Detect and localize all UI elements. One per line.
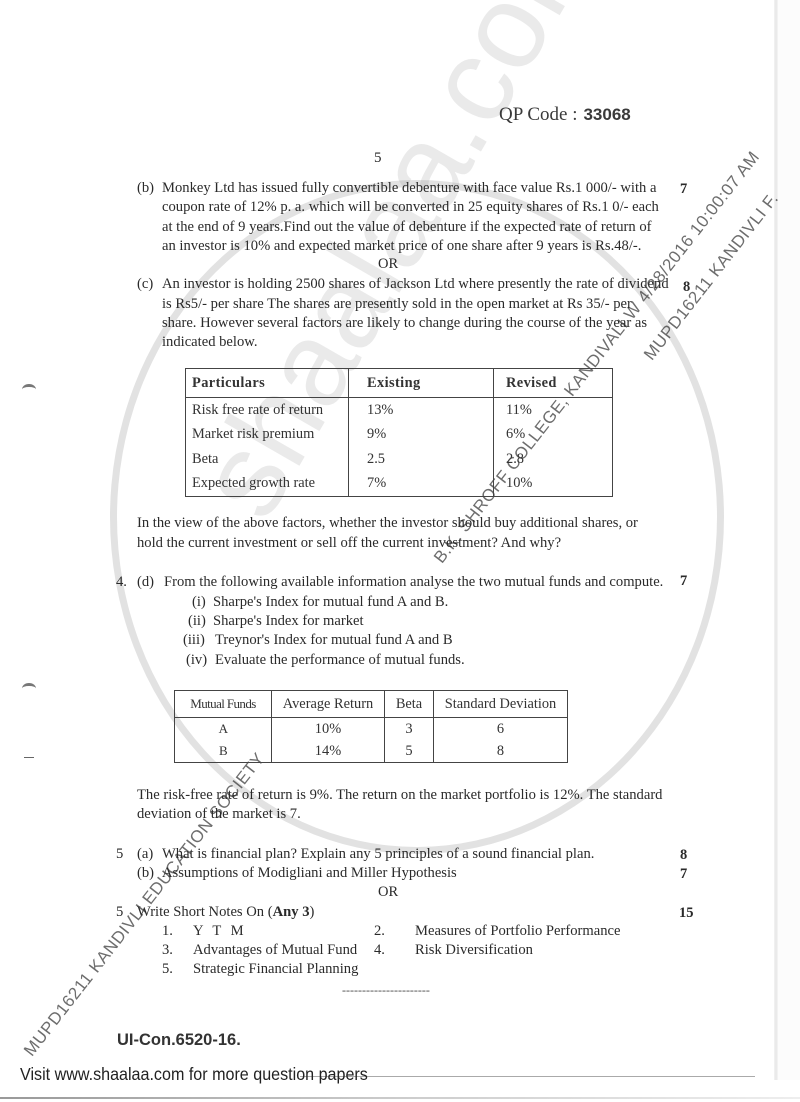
- table-cell: 5: [385, 740, 434, 763]
- table-header-cell: Particulars: [186, 369, 349, 398]
- scan-edge: [778, 0, 800, 1080]
- q4d-item-text: Sharpe's Index for market: [213, 612, 364, 632]
- table-cell: 10%: [494, 472, 613, 497]
- q3c-line-2: is Rs5/- per share The shares are presen…: [162, 295, 632, 315]
- note-text: Strategic Financial Planning: [193, 960, 358, 980]
- q3b-line-2: coupon rate of 12% p. a. which will be c…: [162, 198, 659, 218]
- q4d-note-1: The risk-free rate of return is 9%. The …: [137, 786, 662, 806]
- note-text: Y T M: [193, 922, 247, 942]
- q5a-marks: 8: [680, 847, 687, 864]
- table-header-cell: Average Return: [272, 691, 385, 718]
- note-text: Risk Diversification: [415, 941, 533, 961]
- table-row: B 14% 5 8: [175, 740, 568, 763]
- q4d-item-num: (iii): [183, 631, 205, 651]
- table-header-cell: Standard Deviation: [434, 691, 568, 718]
- q5b-text: Assumptions of Modigliani and Miller Hyp…: [162, 864, 457, 884]
- qp-code: QP Code :33068: [499, 104, 631, 126]
- or-divider: OR: [378, 256, 398, 273]
- q4d-item-text: Evaluate the performance of mutual funds…: [215, 651, 465, 671]
- q3b-line-4: an investor is 10% and expected market p…: [162, 237, 641, 257]
- q4d-marks: 7: [680, 573, 687, 590]
- q5b-marks: 7: [680, 866, 687, 883]
- q4d-item-text: Treynor's Index for mutual fund A and B: [215, 631, 453, 651]
- table-cell: Market risk premium: [186, 423, 349, 448]
- table-row: Market risk premium 9% 6%: [186, 423, 613, 448]
- footer-rule: [300, 1076, 755, 1077]
- mutual-funds-table: Mutual Funds Average Return Beta Standar…: [174, 690, 568, 763]
- scan-edge-shadow: [774, 0, 778, 1080]
- q5b-label: (b): [137, 864, 154, 884]
- q4-number: 4.: [116, 573, 127, 593]
- table-row: Beta 2.5 2.8: [186, 447, 613, 472]
- q4d-item-text: Sharpe's Index for mutual fund A and B.: [213, 593, 448, 613]
- q3b-line-3: at the end of 9 years.Find out the value…: [162, 218, 652, 238]
- table-cell: 6: [434, 718, 568, 741]
- table-cell: B: [175, 740, 272, 763]
- q3b-line-1: Monkey Ltd has issued fully convertible …: [162, 179, 656, 199]
- table-cell: 9%: [349, 423, 494, 448]
- q4d-intro: From the following available information…: [164, 573, 663, 593]
- table-cell: 14%: [272, 740, 385, 763]
- visit-link[interactable]: Visit www.shaalaa.com for more question …: [20, 1064, 368, 1085]
- q4d-item-num: (i): [192, 593, 206, 613]
- q3b-label: (b): [137, 179, 154, 199]
- heading-prefix: Write Short Notes On (: [137, 904, 273, 920]
- table-header-cell: Mutual Funds: [175, 691, 272, 718]
- table-cell: 11%: [494, 398, 613, 423]
- note-num: 1.: [162, 922, 173, 942]
- note-text: Measures of Portfolio Performance: [415, 922, 620, 942]
- table-row: A 10% 3 6: [175, 718, 568, 741]
- or-divider: OR: [378, 884, 398, 901]
- table-cell: 10%: [272, 718, 385, 741]
- q3c-line-3: share. However several factors are likel…: [162, 314, 647, 334]
- q5-number: 5: [116, 845, 123, 865]
- margin-mark: [24, 757, 34, 758]
- q5-alt-marks: 15: [679, 905, 694, 922]
- table-cell: 13%: [349, 398, 494, 423]
- table-header-cell: Beta: [385, 691, 434, 718]
- factors-table: Particulars Existing Revised Risk free r…: [185, 368, 613, 497]
- q3c-label: (c): [137, 275, 153, 295]
- q5-alt-number: 5: [116, 903, 123, 923]
- q5a-text: What is financial plan? Explain any 5 pr…: [162, 845, 594, 865]
- q5-alt-heading: Write Short Notes On (Any 3): [137, 903, 314, 923]
- table-cell: 2.5: [349, 447, 494, 472]
- table-cell: A: [175, 718, 272, 741]
- table-cell: 3: [385, 718, 434, 741]
- q4d-note-2: deviation of the market is 7.: [137, 805, 301, 825]
- note-num: 2.: [374, 922, 385, 942]
- q3c-marks: 8: [683, 279, 690, 296]
- page-number: 5: [374, 150, 382, 167]
- table-cell: 6%: [494, 423, 613, 448]
- qp-code-label: QP Code :: [499, 104, 577, 125]
- qp-code-value: 33068: [583, 105, 630, 124]
- table-cell: Beta: [186, 447, 349, 472]
- end-rule: ----------------------: [342, 983, 430, 998]
- q4d-item-num: (iv): [186, 651, 207, 671]
- q3c-followup-1: In the view of the above factors, whethe…: [137, 514, 638, 534]
- table-cell: Risk free rate of return: [186, 398, 349, 423]
- table-header-cell: Existing: [349, 369, 494, 398]
- table-header-cell: Revised: [494, 369, 613, 398]
- note-text: Advantages of Mutual Fund: [193, 941, 357, 961]
- paper-code: UI-Con.6520-16.: [117, 1031, 241, 1050]
- table-cell: Expected growth rate: [186, 472, 349, 497]
- q3b-marks: 7: [680, 181, 687, 198]
- heading-suffix: ): [310, 904, 315, 920]
- table-cell: 2.8: [494, 447, 613, 472]
- punch-hole-mark: [22, 683, 36, 694]
- q3c-followup-2: hold the current investment or sell off …: [137, 534, 561, 554]
- q3c-line-4: indicated below.: [162, 333, 258, 353]
- page-bottom-edge: [0, 1097, 800, 1099]
- table-row: Expected growth rate 7% 10%: [186, 472, 613, 497]
- table-cell: 7%: [349, 472, 494, 497]
- q4d-item-num: (ii): [188, 612, 206, 632]
- table-cell: 8: [434, 740, 568, 763]
- note-num: 5.: [162, 960, 173, 980]
- note-num: 4.: [374, 941, 385, 961]
- q3c-line-1: An investor is holding 2500 shares of Ja…: [162, 275, 669, 295]
- table-header-row: Mutual Funds Average Return Beta Standar…: [175, 691, 568, 718]
- note-num: 3.: [162, 941, 173, 961]
- punch-hole-mark: [22, 384, 36, 395]
- heading-bold: Any 3: [273, 904, 310, 920]
- q5a-label: (a): [137, 845, 153, 865]
- q4d-label: (d): [137, 573, 154, 593]
- table-row: Risk free rate of return 13% 11%: [186, 398, 613, 423]
- table-header-row: Particulars Existing Revised: [186, 369, 613, 398]
